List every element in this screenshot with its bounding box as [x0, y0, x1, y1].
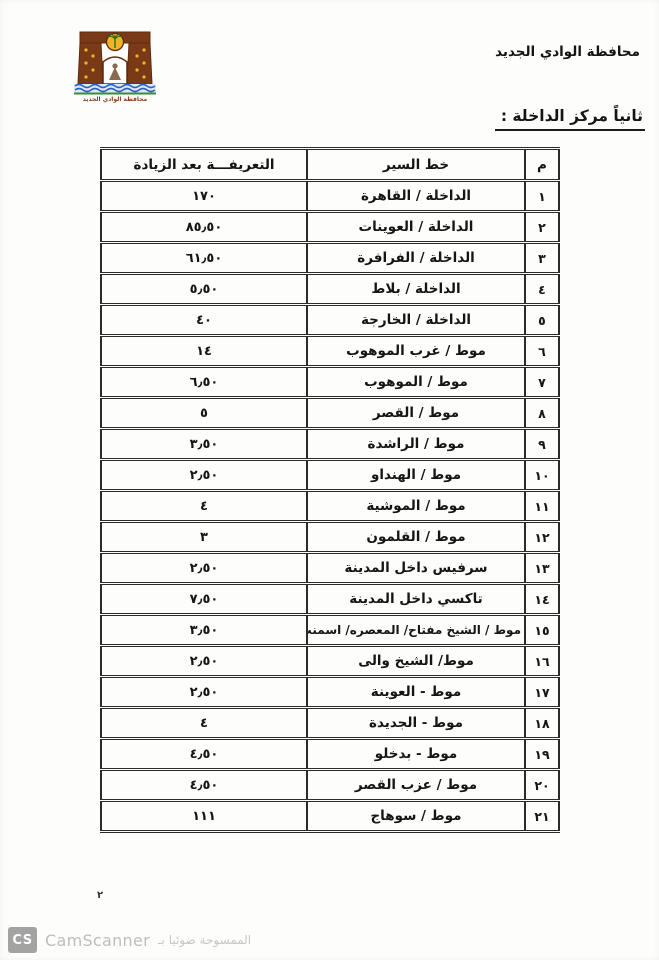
- row-number: ١: [525, 181, 559, 212]
- tariff-cell: ٦١٫٥٠: [101, 243, 307, 274]
- tariff-cell: ٢٫٥٠: [101, 646, 307, 677]
- table-row: ٧ موط / الموهوب ٦٫٥٠: [101, 367, 559, 398]
- section-title: ثانياً مركز الداخلة :: [495, 107, 645, 131]
- palm-tree-icon: [107, 34, 124, 51]
- tariff-cell: ٨٥٫٥٠: [101, 212, 307, 243]
- row-number: ١٧: [525, 677, 559, 708]
- column-header-tariff: التعريفـــة بعد الزيادة: [101, 149, 307, 181]
- table-row: ١٩ موط - بدخلو ٤٫٥٠: [101, 739, 559, 770]
- route-cell: موط / سوهاج: [307, 801, 525, 832]
- row-number: ١٨: [525, 708, 559, 739]
- tariff-cell: ٢٫٥٠: [101, 677, 307, 708]
- route-cell: موط / القلمون: [307, 522, 525, 553]
- tariff-cell: ٢٫٥٠: [101, 460, 307, 491]
- route-cell: الداخلة / الفرافرة: [307, 243, 525, 274]
- row-number: ٢: [525, 212, 559, 243]
- tariff-cell: ١٤: [101, 336, 307, 367]
- scanned-document-page: محافظة الوادي الجديد محافظة الوادي الجدي…: [0, 0, 659, 960]
- scanned-with-label: الممسوحة ضوئيا بـ: [158, 933, 251, 947]
- route-cell: موط / الشيخ مفتاح/ المعصره/ اسمنت: [307, 615, 525, 646]
- tariff-cell: ٥٫٥٠: [101, 274, 307, 305]
- table-row: ١٦ موط/ الشيخ والى ٢٫٥٠: [101, 646, 559, 677]
- column-header-no: م: [525, 149, 559, 181]
- tariff-cell: ٤: [101, 708, 307, 739]
- row-number: ٤: [525, 274, 559, 305]
- row-number: ٨: [525, 398, 559, 429]
- table-row: ٦ موط / غرب الموهوب ١٤: [101, 336, 559, 367]
- route-cell: موط / الموهوب: [307, 367, 525, 398]
- arch-and-eagle: [103, 57, 127, 84]
- tariff-cell: ٦٫٥٠: [101, 367, 307, 398]
- tariff-table: م خط السير التعريفـــة بعد الزيادة ١ الد…: [100, 147, 560, 833]
- row-number: ٩: [525, 429, 559, 460]
- route-cell: موط / الراشدة: [307, 429, 525, 460]
- row-number: ١٩: [525, 739, 559, 770]
- governorate-title: محافظة الوادي الجديد: [495, 44, 640, 60]
- route-cell: تاكسي داخل المدينة: [307, 584, 525, 615]
- row-number: ١١: [525, 491, 559, 522]
- table-row: ٤ الداخلة / بلاط ٥٫٥٠: [101, 274, 559, 305]
- table-row: ٣ الداخلة / الفرافرة ٦١٫٥٠: [101, 243, 559, 274]
- tariff-cell: ٢٫٥٠: [101, 553, 307, 584]
- row-number: ٢٠: [525, 770, 559, 801]
- tariff-cell: ٥: [101, 398, 307, 429]
- camscanner-logo-icon: CS: [8, 927, 37, 953]
- table-row: ١٢ موط / القلمون ٣: [101, 522, 559, 553]
- table-row: ١٨ موط - الجديدة ٤: [101, 708, 559, 739]
- row-number: ١٠: [525, 460, 559, 491]
- row-number: ٢١: [525, 801, 559, 832]
- table-row: ١٠ موط / الهنداو ٢٫٥٠: [101, 460, 559, 491]
- row-number: ١٥: [525, 615, 559, 646]
- table-row: ١٤ تاكسي داخل المدينة ٧٫٥٠: [101, 584, 559, 615]
- page-number: ٢: [97, 890, 103, 901]
- governorate-logo-graphic: محافظة الوادي الجديد: [73, 26, 157, 104]
- row-number: ٣: [525, 243, 559, 274]
- route-cell: الداخلة / العوينات: [307, 212, 525, 243]
- camscanner-brand-text: CamScanner: [45, 931, 150, 950]
- table-row: ١٣ سرفيس داخل المدينة ٢٫٥٠: [101, 553, 559, 584]
- tariff-cell: ٣٫٥٠: [101, 429, 307, 460]
- route-cell: موط / الموشية: [307, 491, 525, 522]
- row-number: ٧: [525, 367, 559, 398]
- table-row: ٥ الداخلة / الخارجة ٤٠: [101, 305, 559, 336]
- row-number: ١٦: [525, 646, 559, 677]
- route-cell: موط/ الشيخ والى: [307, 646, 525, 677]
- tariff-cell: ٣٫٥٠: [101, 615, 307, 646]
- row-number: ٦: [525, 336, 559, 367]
- tariff-cell: ٤٫٥٠: [101, 739, 307, 770]
- route-cell: موط / عزب القصر: [307, 770, 525, 801]
- route-cell: سرفيس داخل المدينة: [307, 553, 525, 584]
- route-cell: موط / الهنداو: [307, 460, 525, 491]
- route-cell: موط - بدخلو: [307, 739, 525, 770]
- table-row: ١١ موط / الموشية ٤: [101, 491, 559, 522]
- tariff-cell: ١١١: [101, 801, 307, 832]
- route-cell: موط - العوينة: [307, 677, 525, 708]
- row-number: ١٣: [525, 553, 559, 584]
- route-cell: الداخلة / بلاط: [307, 274, 525, 305]
- table-row: ٩ موط / الراشدة ٣٫٥٠: [101, 429, 559, 460]
- camscanner-watermark: CS CamScanner الممسوحة ضوئيا بـ: [8, 927, 251, 953]
- table-row: ٢٠ موط / عزب القصر ٤٫٥٠: [101, 770, 559, 801]
- route-cell: موط / القصر: [307, 398, 525, 429]
- table-row: ٢ الداخلة / العوينات ٨٥٫٥٠: [101, 212, 559, 243]
- table-row: ٢١ موط / سوهاج ١١١: [101, 801, 559, 832]
- nile-waves-shape: [74, 84, 156, 94]
- route-cell: الداخلة / القاهرة: [307, 181, 525, 212]
- governorate-logo: محافظة الوادي الجديد: [73, 26, 157, 104]
- logo-caption: محافظة الوادي الجديد: [83, 96, 148, 103]
- table-row: ١ الداخلة / القاهرة ١٧٠: [101, 181, 559, 212]
- tariff-cell: ٧٫٥٠: [101, 584, 307, 615]
- tariff-cell: ٤: [101, 491, 307, 522]
- row-number: ١٢: [525, 522, 559, 553]
- route-cell: موط - الجديدة: [307, 708, 525, 739]
- table-row: ١٥ موط / الشيخ مفتاح/ المعصره/ اسمنت ٣٫٥…: [101, 615, 559, 646]
- column-header-route: خط السير: [307, 149, 525, 181]
- tariff-cell: ٤٫٥٠: [101, 770, 307, 801]
- route-cell: الداخلة / الخارجة: [307, 305, 525, 336]
- route-cell: موط / غرب الموهوب: [307, 336, 525, 367]
- tariff-cell: ٣: [101, 522, 307, 553]
- row-number: ٥: [525, 305, 559, 336]
- tariff-cell: ٤٠: [101, 305, 307, 336]
- tariff-cell: ١٧٠: [101, 181, 307, 212]
- row-number: ١٤: [525, 584, 559, 615]
- table-row: ٨ موط / القصر ٥: [101, 398, 559, 429]
- table-row: ١٧ موط - العوينة ٢٫٥٠: [101, 677, 559, 708]
- table-header-row: م خط السير التعريفـــة بعد الزيادة: [101, 149, 559, 181]
